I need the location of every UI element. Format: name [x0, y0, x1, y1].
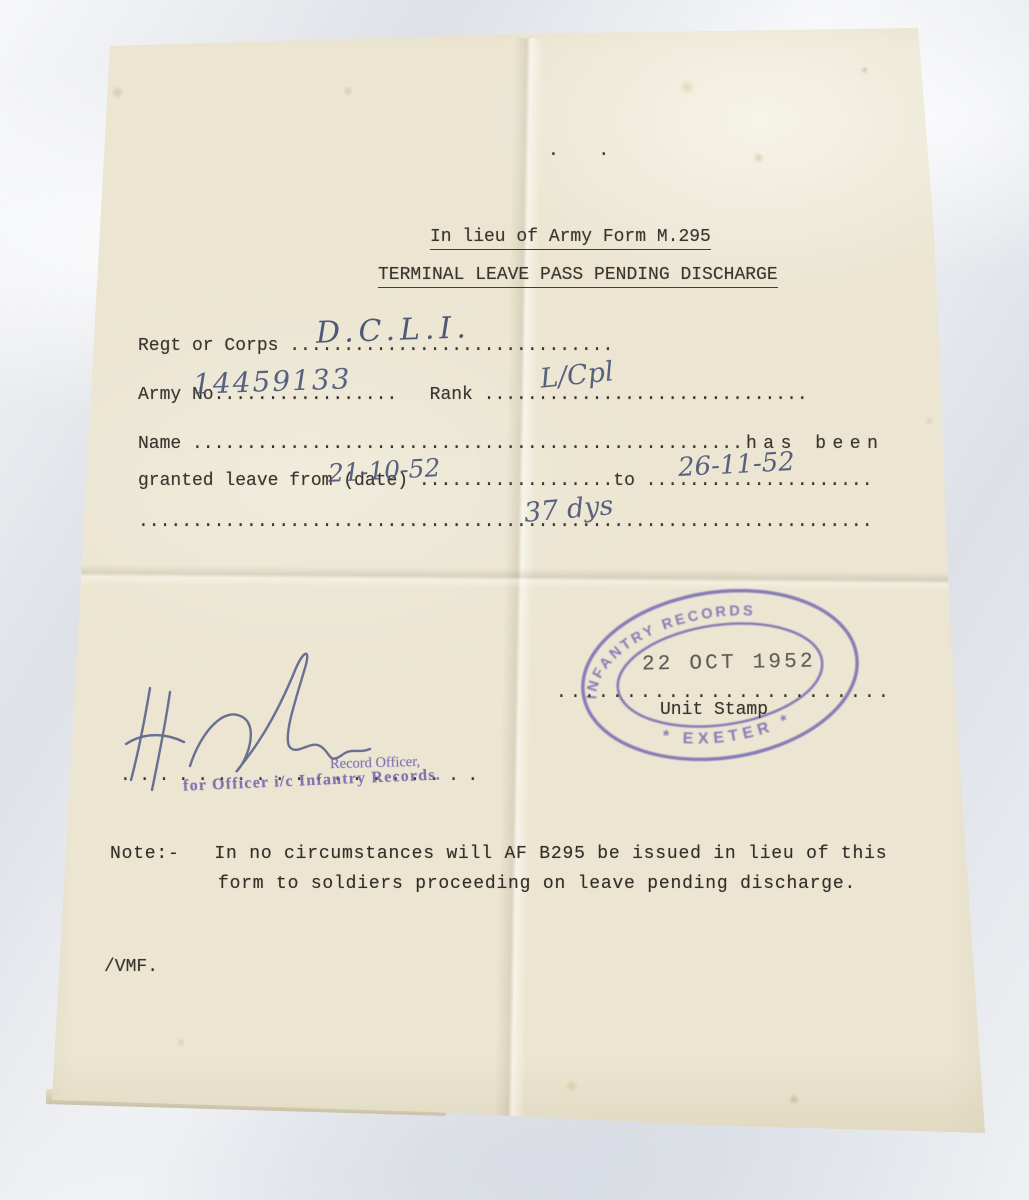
typist-reference: /VMF. [104, 958, 158, 976]
top-punctuation-marks: . . [548, 142, 615, 160]
stain-spot [924, 416, 935, 426]
stain-spot [564, 1080, 579, 1092]
date-stamp: 22 OCT 1952 [642, 650, 816, 676]
document-paper: . . In lieu of Army Form M.295 TERMINAL … [0, 0, 1029, 1200]
unit-stamp-caption: Unit Stamp [660, 701, 768, 719]
stain-spot [752, 152, 765, 164]
handwritten-days-value: 37 dys [523, 492, 614, 527]
handwritten-regt-value: D.C.L.I. [316, 313, 472, 348]
stain-spot [860, 66, 869, 74]
stain-spot [678, 80, 696, 94]
stain-spot [110, 86, 125, 99]
duration-dotted-line: ........................................… [138, 513, 873, 531]
stain-spot [788, 1094, 800, 1105]
handwritten-rank-value: L/Cpl [539, 358, 615, 393]
photograph-background: . . In lieu of Army Form M.295 TERMINAL … [0, 0, 1029, 1200]
note-line-1: Note:- In no circumstances will AF B295 … [110, 845, 887, 863]
stain-spot [176, 1038, 186, 1047]
handwritten-leave-from-date: 21-10-52 [327, 455, 440, 486]
handwritten-leave-to-date: 26-11-52 [677, 449, 795, 481]
document-title: TERMINAL LEAVE PASS PENDING DISCHARGE [378, 266, 778, 288]
stain-spot [342, 86, 354, 96]
handwritten-army-number: 14459133 [193, 365, 352, 399]
name-line: Name ...................................… [138, 435, 743, 453]
note-line-2: form to soldiers proceeding on leave pen… [218, 875, 856, 893]
stain-spot [954, 636, 963, 644]
form-reference-heading: In lieu of Army Form M.295 [430, 228, 711, 250]
